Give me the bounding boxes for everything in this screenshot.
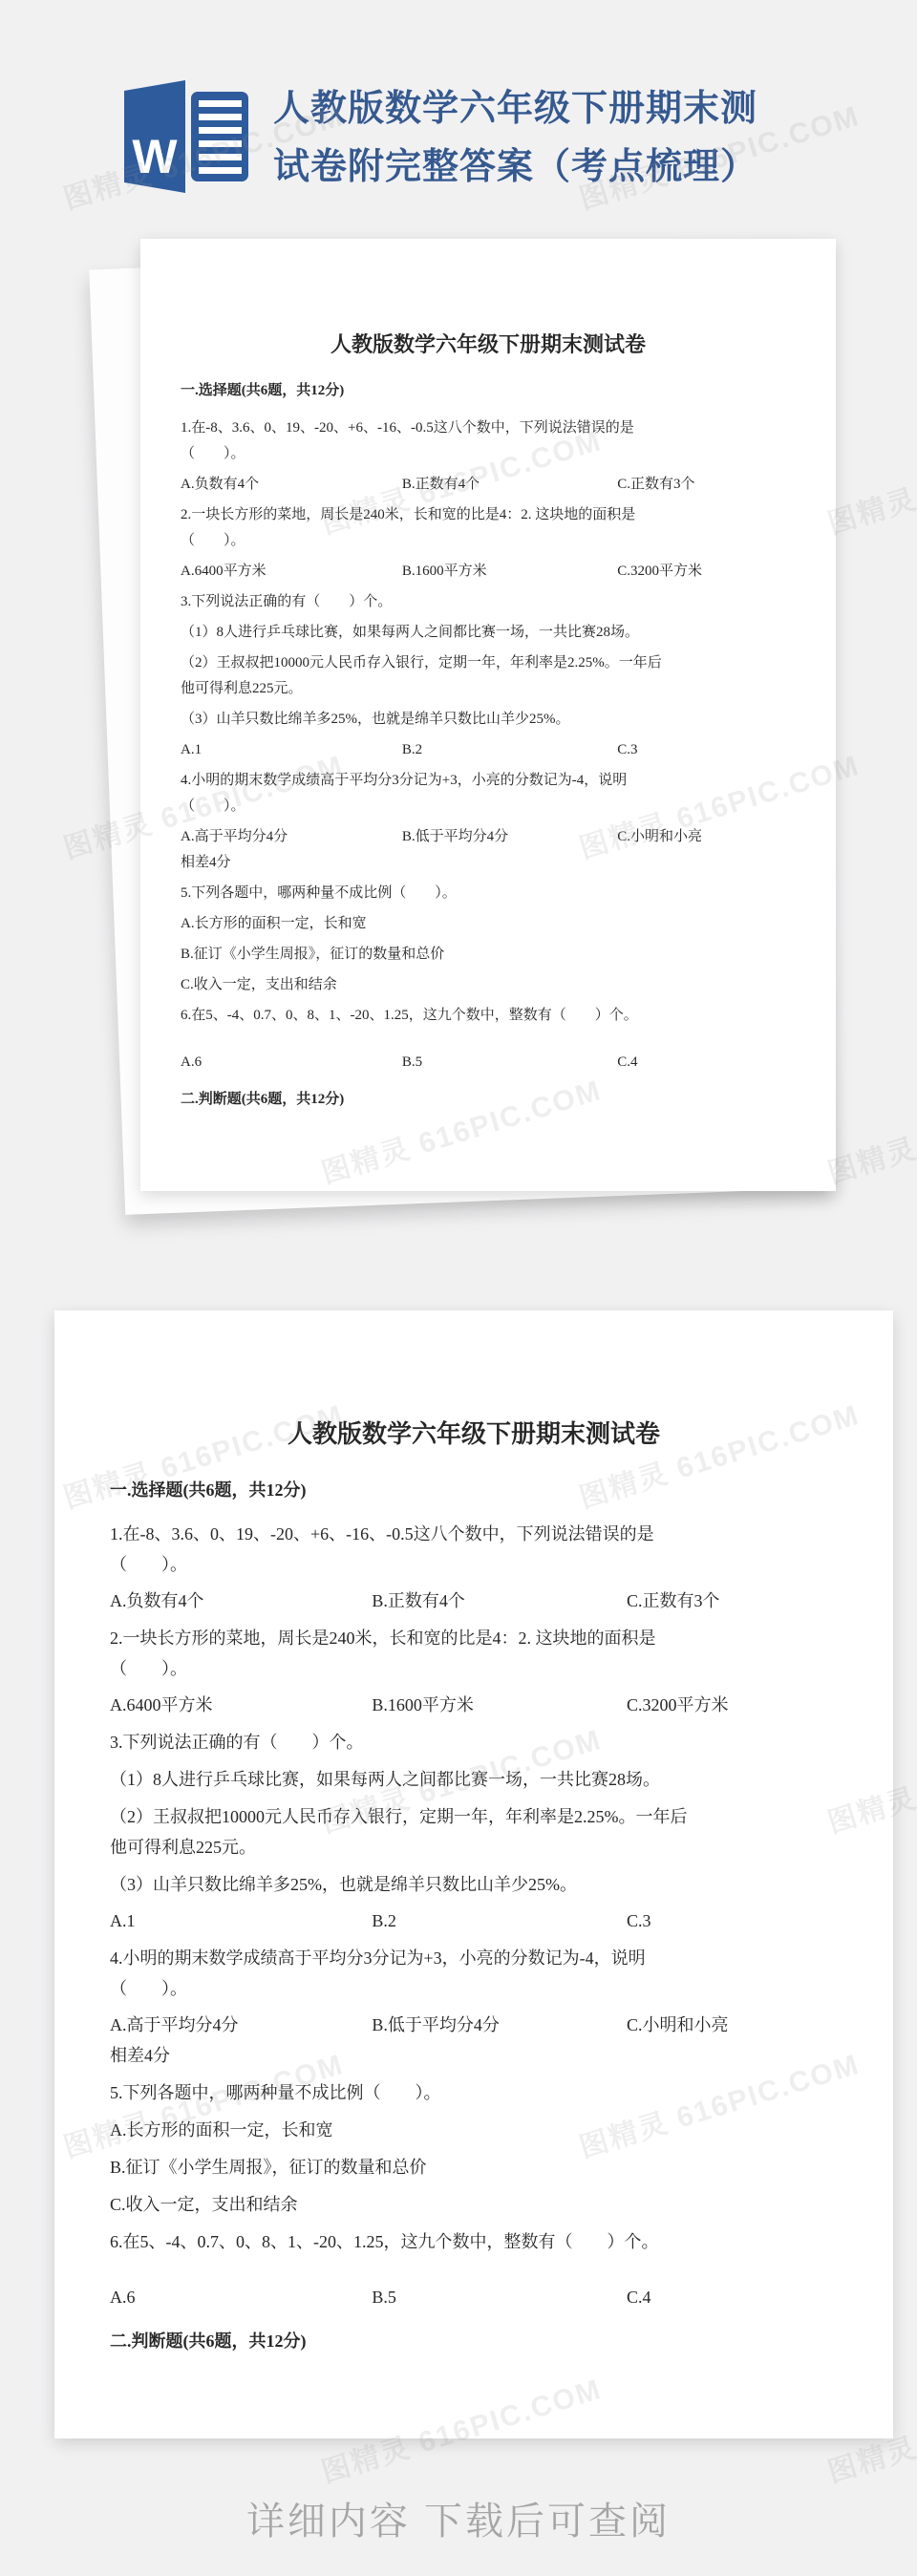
option-item: C.3200平方米: [617, 559, 796, 585]
doc-line-p: 6.在5、-4、0.7、0、8、1、-20、1.25，这九个数中，整数有（ ）个…: [110, 2226, 838, 2257]
option-item: C.正数有3个: [627, 1586, 838, 1616]
doc-line-cont: 他可得利息225元。: [110, 1832, 838, 1863]
doc-line-cont: 相差4分: [110, 2040, 838, 2071]
doc-line-p: B.征订《小学生周报》，征订的数量和总价: [181, 942, 796, 968]
doc-line-p: 1.在-8、3.6、0、19、-20、+6、-16、-0.5这八个数中，下列说法…: [110, 1519, 838, 1549]
doc-line-cont: （ ）。: [181, 441, 796, 467]
doc-line-p: 3.下列说法正确的有（ ）个。: [181, 589, 796, 615]
option-item: C.小明和小亮: [617, 824, 796, 850]
option-item: B.低于平均分4分: [402, 824, 617, 850]
doc-line-cont: （ ）。: [110, 1549, 838, 1580]
doc-line-p: 4.小明的期末数学成绩高于平均分3分记为+3，小亮的分数记为-4，说明: [181, 768, 796, 794]
option-item: A.6: [181, 1050, 402, 1075]
doc-line-options: A.负数有4个B.正数有4个C.正数有3个: [181, 472, 796, 498]
option-item: C.4: [617, 1050, 796, 1075]
doc-line-p: （3）山羊只数比绵羊多25%，也就是绵羊只数比山羊少25%。: [110, 1869, 838, 1900]
option-item: C.3: [627, 1905, 838, 1936]
doc-line-p: A.长方形的面积一定，长和宽: [110, 2115, 838, 2145]
doc-line-section: 二.判断题(共6题，共12分): [181, 1087, 796, 1113]
doc-line-options: A.6B.5C.4: [110, 2282, 838, 2312]
doc-line-p: C.收入一定，支出和结余: [110, 2189, 838, 2220]
option-item: C.正数有3个: [617, 472, 796, 498]
doc-line-section: 一.选择题(共6题，共12分): [181, 378, 796, 404]
option-item: C.3200平方米: [627, 1690, 838, 1720]
doc-line-title: 人教版数学六年级下册期末测试卷: [181, 330, 796, 359]
listing-title-line2: 试卷附完整答案（考点梳理）: [273, 138, 757, 197]
doc-line-options: A.6400平方米B.1600平方米C.3200平方米: [181, 559, 796, 585]
doc-line-options: A.高于平均分4分B.低于平均分4分C.小明和小亮: [181, 824, 796, 850]
doc-line-p: （1）8人进行乒乓球比赛，如果每两人之间都比赛一场，一共比赛28场。: [181, 620, 796, 646]
doc-line-p: 5.下列各题中，哪两种量不成比例（ ）。: [110, 2077, 838, 2108]
doc-line-options: A.1B.2C.3: [181, 737, 796, 763]
watermark-text: 图精灵 616PIC.COM: [821, 416, 917, 542]
doc-line-p: 2.一块长方形的菜地，周长是240米，长和宽的比是4：2. 这块地的面积是: [181, 502, 796, 528]
option-item: C.3: [617, 737, 796, 763]
listing-header: W 人教版数学六年级下册期末测 试卷附完整答案（考点梳理）: [124, 80, 757, 197]
option-item: A.6400平方米: [110, 1690, 372, 1720]
option-item: A.负数有4个: [181, 472, 402, 498]
document-page-2: 人教版数学六年级下册期末测试卷一.选择题(共6题，共12分)1.在-8、3.6、…: [54, 1310, 893, 2438]
doc-line-p: （2）王叔叔把10000元人民币存入银行，定期一年，年利率是2.25%。一年后: [181, 650, 796, 676]
option-item: B.低于平均分4分: [372, 2010, 627, 2040]
doc-line-options: A.6400平方米B.1600平方米C.3200平方米: [110, 1690, 838, 1720]
doc-line-p: 5.下列各题中，哪两种量不成比例（ ）。: [181, 881, 796, 906]
doc-line-cont: （ ）。: [110, 1973, 838, 2004]
option-item: A.高于平均分4分: [181, 824, 402, 850]
doc-line-p: B.征订《小学生周报》，征订的数量和总价: [110, 2152, 838, 2182]
option-item: C.4: [627, 2282, 838, 2312]
option-item: A.高于平均分4分: [110, 2010, 372, 2040]
doc-line-options: A.6B.5C.4: [181, 1050, 796, 1075]
option-item: A.1: [110, 1905, 372, 1936]
doc-line-title: 人教版数学六年级下册期末测试卷: [110, 1417, 838, 1452]
doc-line-p: 3.下列说法正确的有（ ）个。: [110, 1727, 838, 1757]
option-item: B.1600平方米: [372, 1690, 627, 1720]
option-item: A.6: [110, 2282, 372, 2312]
doc-line-p: A.长方形的面积一定，长和宽: [181, 911, 796, 937]
doc-line-options: A.1B.2C.3: [110, 1905, 838, 1936]
doc-line-options: A.高于平均分4分B.低于平均分4分C.小明和小亮: [110, 2010, 838, 2040]
doc-line-p: （3）山羊只数比绵羊多25%，也就是绵羊只数比山羊少25%。: [181, 707, 796, 733]
listing-title: 人教版数学六年级下册期末测 试卷附完整答案（考点梳理）: [273, 80, 757, 197]
option-item: B.5: [402, 1050, 617, 1075]
doc-line-section: 二.判断题(共6题，共12分): [110, 2326, 838, 2356]
doc-line-p: （2）王叔叔把10000元人民币存入银行，定期一年，年利率是2.25%。一年后: [110, 1801, 838, 1832]
doc-line-cont: 相差4分: [181, 850, 796, 876]
option-item: A.1: [181, 737, 402, 763]
doc-line-p: C.收入一定，支出和结余: [181, 972, 796, 998]
option-item: B.2: [372, 1905, 627, 1936]
watermark-text: 图精灵 616PIC.COM: [821, 1066, 917, 1191]
doc-line-cont: （ ）。: [110, 1653, 838, 1684]
doc-line-p: 4.小明的期末数学成绩高于平均分3分记为+3，小亮的分数记为-4，说明: [110, 1943, 838, 1973]
option-item: A.负数有4个: [110, 1586, 372, 1616]
option-item: B.5: [372, 2282, 627, 2312]
doc-line-p: 1.在-8、3.6、0、19、-20、+6、-16、-0.5这八个数中，下列说法…: [181, 415, 796, 441]
doc-line-p: （1）8人进行乒乓球比赛，如果每两人之间都比赛一场，一共比赛28场。: [110, 1764, 838, 1795]
listing-title-line1: 人教版数学六年级下册期末测: [273, 80, 757, 138]
doc-line-cont: （ ）。: [181, 528, 796, 554]
word-file-icon: W: [124, 80, 250, 193]
doc-line-p: 6.在5、-4、0.7、0、8、1、-20、1.25，这九个数中，整数有（ ）个…: [181, 1003, 796, 1029]
option-item: A.6400平方米: [181, 559, 402, 585]
option-item: C.小明和小亮: [627, 2010, 838, 2040]
word-w-letter: W: [132, 130, 178, 183]
option-item: B.正数有4个: [402, 472, 617, 498]
doc-line-p: 2.一块长方形的菜地，周长是240米，长和宽的比是4：2. 这块地的面积是: [110, 1623, 838, 1653]
document-page-1: 人教版数学六年级下册期末测试卷一.选择题(共6题，共12分)1.在-8、3.6、…: [140, 239, 836, 1191]
doc-line-cont: 他可得利息225元。: [181, 676, 796, 702]
doc-line-options: A.负数有4个B.正数有4个C.正数有3个: [110, 1586, 838, 1616]
option-item: B.2: [402, 737, 617, 763]
option-item: B.正数有4个: [372, 1586, 627, 1616]
download-hint: 详细内容 下载后可查阅: [0, 2491, 917, 2545]
option-item: B.1600平方米: [402, 559, 617, 585]
doc-line-cont: （ ）。: [181, 794, 796, 820]
doc-line-section: 一.选择题(共6题，共12分): [110, 1475, 838, 1505]
